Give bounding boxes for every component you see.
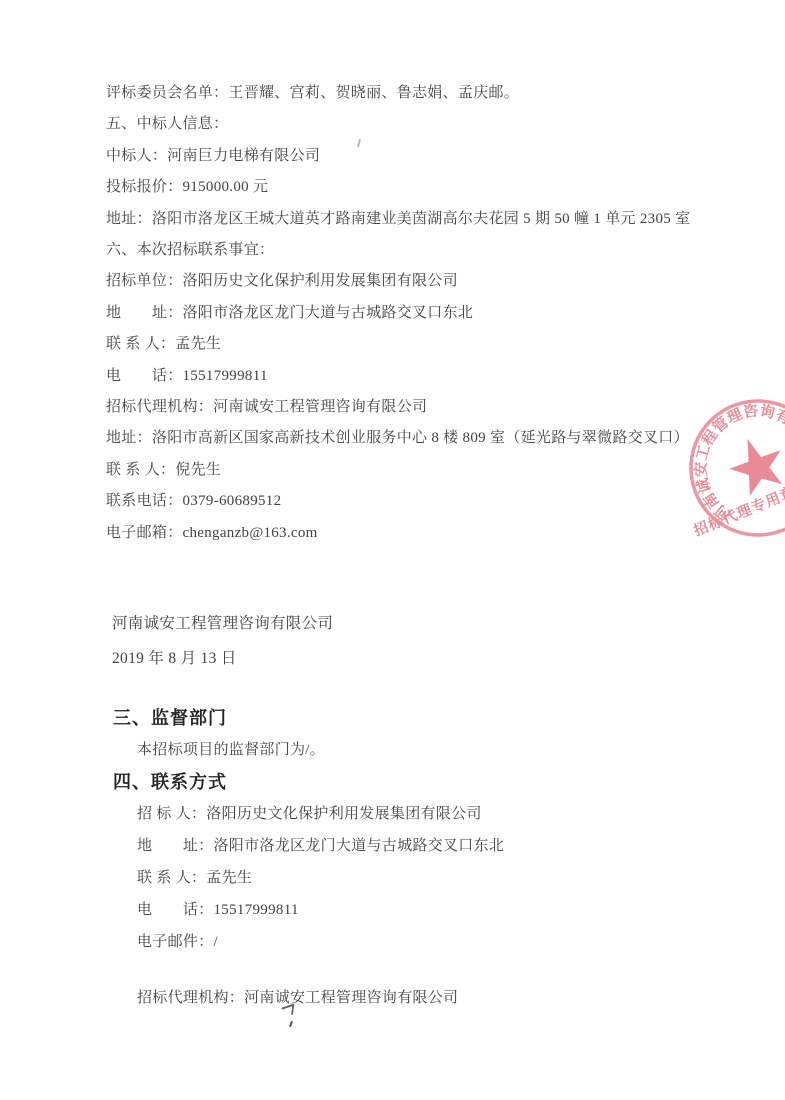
line-agency-contact: 联 系 人：倪先生 bbox=[106, 455, 746, 486]
heading-section6: 六、本次招标联系事宜： bbox=[106, 235, 746, 266]
section-supervision-and-contact: 三、监督部门 本招标项目的监督部门为/。 四、联系方式 招 标 人：洛阳历史文化… bbox=[113, 702, 673, 958]
signature-company: 河南诚安工程管理咨询有限公司 bbox=[112, 606, 333, 641]
line-agency-email: 电子邮箱：chenganzb@163.com bbox=[106, 518, 746, 549]
section-winner-and-contact: 评标委员会名单：王晋耀、宫莉、贺晓丽、鲁志娟、孟庆邮。 五、中标人信息： 中标人… bbox=[106, 78, 746, 549]
heading-section5: 五、中标人信息： bbox=[106, 109, 746, 140]
line-sec3-body: 本招标项目的监督部门为/。 bbox=[113, 734, 673, 766]
line-winner: 中标人：河南巨力电梯有限公司 bbox=[106, 141, 746, 172]
signature-date: 2019 年 8 月 13 日 bbox=[112, 641, 333, 676]
line-sec4-phone: 电 话：15517999811 bbox=[113, 894, 673, 926]
ink-smudge bbox=[281, 1004, 295, 1016]
line-sec4-contact: 联 系 人：孟先生 bbox=[113, 862, 673, 894]
line-tenderer-contact: 联 系 人：孟先生 bbox=[106, 329, 746, 360]
scanned-document-page: 评标委员会名单：王晋耀、宫莉、贺晓丽、鲁志娟、孟庆邮。 五、中标人信息： 中标人… bbox=[0, 0, 785, 1100]
line-agency-address: 地址：洛阳市高新区国家高新技术创业服务中心 8 楼 809 室（延光路与翠微路交… bbox=[106, 423, 746, 454]
line-committee: 评标委员会名单：王晋耀、宫莉、贺晓丽、鲁志娟、孟庆邮。 bbox=[106, 78, 746, 109]
line-sec4-email: 电子邮件：/ bbox=[113, 926, 673, 958]
heading-section4: 四、联系方式 bbox=[113, 766, 673, 798]
line-winner-address: 地址：洛阳市洛龙区王城大道英才路南建业美茵湖高尔夫花园 5 期 50 幢 1 单… bbox=[106, 204, 746, 235]
ink-smudge-mark bbox=[281, 1004, 295, 1019]
line-footer-agency: 招标代理机构：河南诚安工程管理咨询有限公司 bbox=[137, 982, 458, 1014]
stamp-star-icon bbox=[722, 430, 785, 500]
line-sec4-address: 地 址：洛阳市洛龙区龙门大道与古城路交叉口东北 bbox=[113, 830, 673, 862]
line-tenderer-phone: 电 话：15517999811 bbox=[106, 361, 746, 392]
footer-agency-block: 招标代理机构：河南诚安工程管理咨询有限公司 bbox=[137, 982, 458, 1014]
line-agency: 招标代理机构：河南诚安工程管理咨询有限公司 bbox=[106, 392, 746, 423]
signature-block: 河南诚安工程管理咨询有限公司 2019 年 8 月 13 日 bbox=[112, 606, 333, 676]
line-tenderer: 招标单位：洛阳历史文化保护利用发展集团有限公司 bbox=[106, 266, 746, 297]
heading-section3: 三、监督部门 bbox=[113, 702, 673, 734]
line-agency-phone: 联系电话：0379-60689512 bbox=[106, 486, 746, 517]
ink-smudge-dot bbox=[289, 1021, 293, 1027]
line-bid-price: 投标报价：915000.00 元 bbox=[106, 172, 746, 203]
line-tenderer-address: 地 址：洛阳市洛龙区龙门大道与古城路交叉口东北 bbox=[106, 298, 746, 329]
official-stamp-icon: 河南诚安工程管理咨询有限公司 招标代理专用章 bbox=[678, 388, 785, 548]
line-sec4-tenderer: 招 标 人：洛阳历史文化保护利用发展集团有限公司 bbox=[113, 798, 673, 830]
